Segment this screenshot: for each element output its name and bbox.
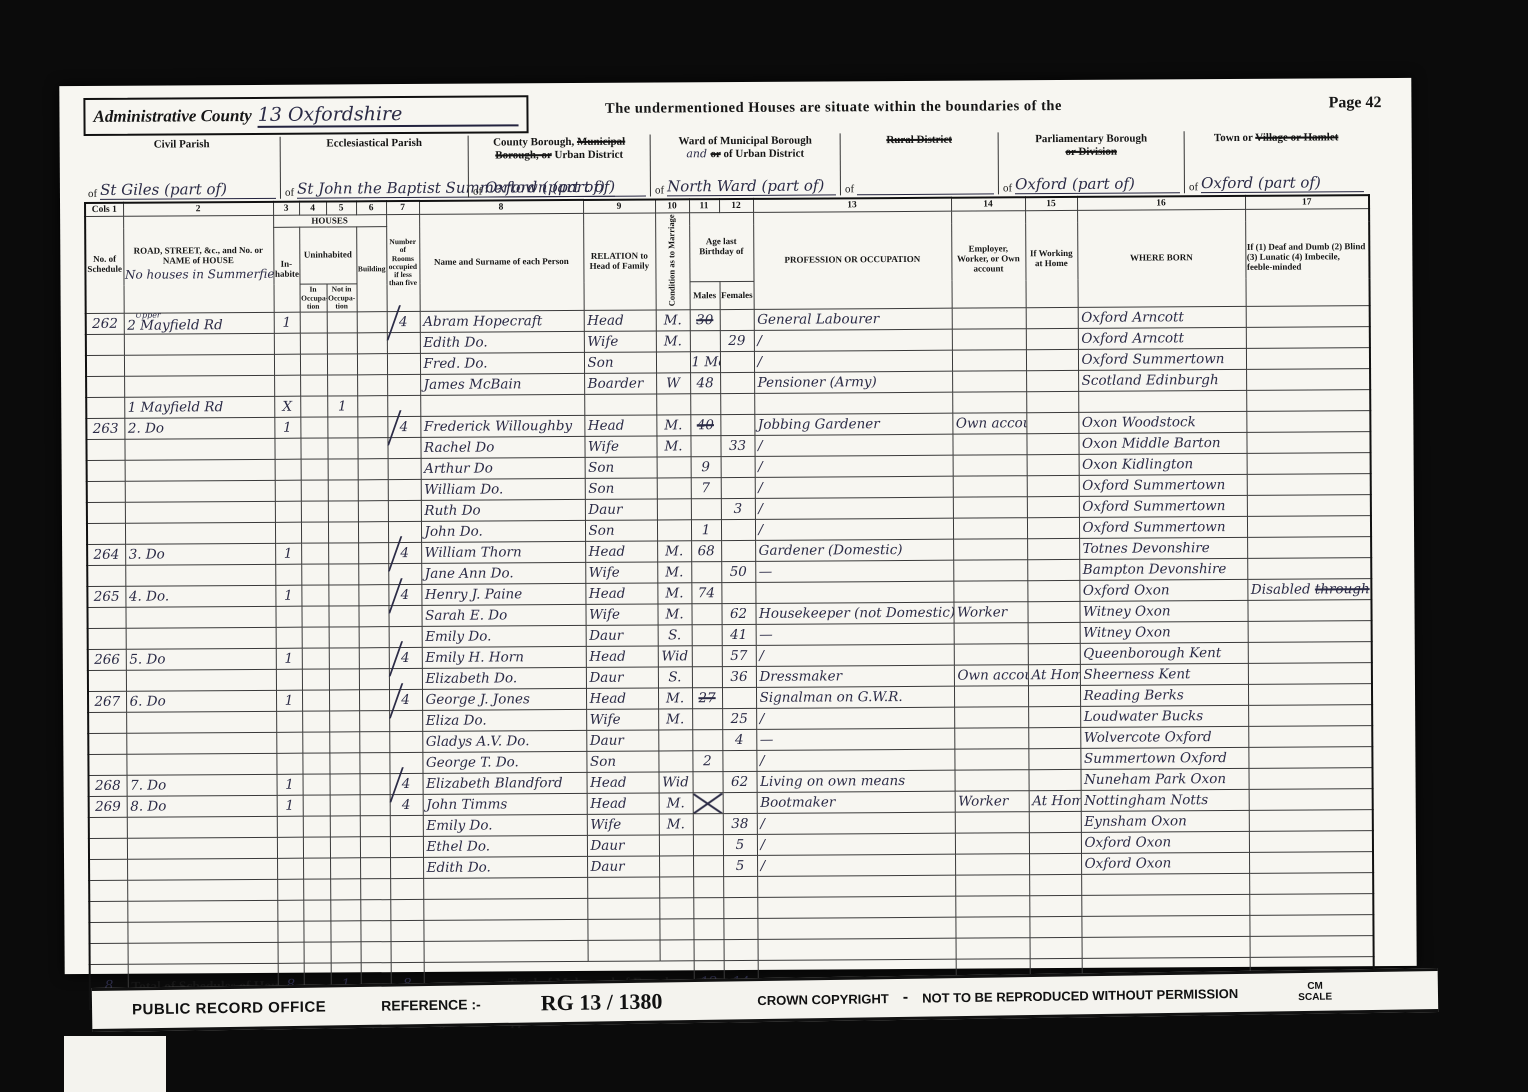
uninhabited-not-in-occupation [330, 816, 360, 837]
condition: M. [658, 709, 692, 730]
working-at-home [1028, 623, 1080, 644]
road-name [126, 733, 276, 755]
age-male [693, 793, 723, 814]
inhabited [278, 942, 304, 963]
column-number: 15 [1025, 197, 1077, 210]
employer-worker [952, 350, 1026, 371]
column-number: 9 [583, 200, 655, 213]
profession: Housekeeper (not Domestic) [755, 602, 953, 624]
rooms [390, 921, 423, 942]
age-male [690, 331, 720, 352]
building [358, 501, 388, 522]
inhabited: 1 [276, 690, 302, 711]
profession: / [757, 854, 955, 876]
inhabited: 1 [274, 312, 300, 333]
uninhabited-in-occupation [303, 795, 330, 816]
uninhabited-in-occupation [301, 459, 328, 480]
age-female: 3 [721, 499, 755, 520]
where-born: Oxford Summertown [1078, 349, 1246, 371]
infirmity [1247, 453, 1371, 475]
rooms: ╱4 [388, 585, 421, 606]
inhabited [275, 501, 301, 522]
where-born: Wolvercote Oxford [1080, 727, 1248, 749]
profession: Pensioner (Army) [754, 371, 952, 393]
column-number: 3 [273, 202, 299, 215]
header-uninhabited: Uninhabited [299, 227, 356, 284]
pro-reference-number: RG 13 / 1380 [541, 989, 663, 1017]
uninhabited-not-in-occupation [330, 879, 360, 900]
person-name: William Do. [421, 479, 585, 501]
person-name: Sarah E. Do [421, 605, 585, 627]
uninhabited-in-occupation [301, 501, 328, 522]
uninhabited-in-occupation [302, 648, 329, 669]
uninhabited-not-in-occupation [327, 333, 357, 354]
building [358, 564, 388, 585]
relation: Daur [586, 730, 658, 751]
age-female: 36 [722, 667, 756, 688]
age-male [694, 940, 724, 961]
building [359, 648, 389, 669]
person-name [423, 899, 587, 921]
working-at-home [1028, 728, 1080, 749]
age-female: 5 [723, 835, 757, 856]
person-name: Eliza Do. [422, 710, 586, 732]
working-at-home [1029, 854, 1081, 875]
uninhabited-in-occupation [303, 921, 330, 942]
profession: / [756, 707, 954, 729]
relation: Daur [586, 667, 658, 688]
schedule-number [90, 943, 128, 964]
profession [757, 917, 955, 939]
age-male [693, 898, 723, 919]
road-name: Upper2 Mayfield Rd [124, 313, 274, 335]
infirmity [1249, 915, 1373, 937]
inhabited [277, 837, 303, 858]
condition: W [656, 373, 690, 394]
uninhabited-in-occupation [301, 522, 328, 543]
profession: Gardener (Domestic) [755, 539, 953, 561]
infirmity [1246, 327, 1370, 349]
where-born: Oxford Summertown [1079, 517, 1247, 539]
inhabited [276, 627, 302, 648]
working-at-home [1028, 707, 1080, 728]
rooms: ╱4 [387, 417, 420, 438]
age-female: 29 [720, 331, 754, 352]
building [359, 627, 389, 648]
schedule-number [89, 901, 127, 922]
relation: Daur [586, 625, 658, 646]
age-female: 50 [721, 562, 755, 583]
working-at-home [1029, 812, 1081, 833]
uninhabited-not-in-occupation [328, 522, 358, 543]
employer-worker [954, 749, 1028, 770]
working-at-home: At Home [1028, 665, 1080, 686]
rooms: ╱4 [387, 312, 420, 333]
rooms [388, 501, 421, 522]
building [360, 921, 390, 942]
inhabited: X [274, 396, 300, 417]
condition: Wid [658, 646, 692, 667]
inhabited [277, 921, 303, 942]
road-name: 7. Do [127, 775, 277, 797]
age-male: 74 [691, 583, 721, 604]
schedule-number [89, 859, 127, 880]
uninhabited-in-occupation [302, 627, 329, 648]
road-name [124, 334, 274, 356]
building [357, 438, 387, 459]
age-male [692, 667, 722, 688]
building [357, 417, 387, 438]
profession: / [754, 350, 952, 372]
header-not-in-occupation: Not in Occupa-tion [327, 284, 357, 312]
age-male: 48 [690, 373, 720, 394]
person-name [423, 920, 587, 942]
column-number: 13 [753, 198, 951, 212]
uninhabited-in-occupation [302, 690, 329, 711]
infirmity [1247, 558, 1371, 580]
uninhabited-in-occupation [303, 858, 330, 879]
age-male [690, 394, 720, 415]
relation [587, 877, 659, 898]
header-in-occupation: In Occupa-tion [300, 284, 327, 312]
infirmity [1248, 768, 1372, 790]
inhabited [276, 732, 302, 753]
employer-worker [955, 917, 1029, 938]
schedule-number: 268 [89, 775, 127, 796]
employer-worker [954, 686, 1028, 707]
relation: Wife [584, 436, 656, 457]
inhabited [274, 375, 300, 396]
profession: — [756, 728, 954, 750]
where-born: Oxford Oxon [1081, 832, 1249, 854]
condition [658, 751, 692, 772]
column-number: 17 [1245, 195, 1369, 209]
infirmity [1248, 684, 1372, 706]
where-born [1082, 937, 1250, 959]
condition: M. [657, 583, 691, 604]
employer-worker [952, 308, 1026, 329]
relation: Head [586, 646, 658, 667]
header-building: Building [356, 227, 387, 312]
building [360, 879, 390, 900]
uninhabited-in-occupation [300, 375, 327, 396]
rooms: ╱4 [389, 690, 422, 711]
road-name: 4. Do. [125, 586, 275, 608]
relation [587, 898, 659, 919]
building [357, 396, 387, 417]
rooms [389, 732, 422, 753]
profession: / [756, 644, 954, 666]
age-female: 62 [721, 604, 755, 625]
employer-worker [953, 497, 1027, 518]
relation: Son [585, 520, 657, 541]
working-at-home [1028, 686, 1080, 707]
uninhabited-in-occupation [300, 396, 327, 417]
age-male [691, 499, 721, 520]
uninhabited-not-in-occupation [328, 480, 358, 501]
column-number: 14 [951, 197, 1025, 210]
parish-box-county-borough: County Borough, MunicipalBorough, or Urb… [468, 135, 650, 198]
where-born [1081, 916, 1249, 938]
working-at-home [1028, 644, 1080, 665]
parish-box-town: Town or Village or HamletofOxford (part … [1184, 130, 1368, 193]
uninhabited-in-occupation [303, 879, 330, 900]
column-number: 10 [655, 199, 689, 212]
condition: M. [658, 688, 692, 709]
relation: Wife [587, 814, 659, 835]
uninhabited-in-occupation [303, 774, 330, 795]
working-at-home [1026, 371, 1078, 392]
administrative-county-value: 13 Oxfordshire [258, 102, 519, 128]
inhabited: 1 [277, 795, 303, 816]
header-name: Name and Surname of each Person [419, 213, 584, 312]
uninhabited-not-in-occupation [328, 564, 358, 585]
parish-box-ward: Ward of Municipal Boroughand or of Urban… [650, 133, 840, 196]
person-name [424, 941, 588, 963]
relation: Son [585, 478, 657, 499]
relation: Head [586, 688, 658, 709]
infirmity [1246, 369, 1370, 391]
road-name [127, 922, 277, 944]
rooms [388, 480, 421, 501]
scan-artifact-patch [64, 1036, 166, 1092]
road-header-annotation: No houses in Summerfield Rd [125, 268, 272, 282]
uninhabited-in-occupation [301, 606, 328, 627]
header-road: ROAD, STREET, &c., and No. or NAME of HO… [123, 215, 274, 314]
uninhabited-not-in-occupation [330, 795, 360, 816]
age-male: 9 [691, 457, 721, 478]
age-male: 40 [690, 415, 720, 436]
where-born: Nottingham Notts [1081, 790, 1249, 812]
relation: Wife [585, 562, 657, 583]
age-male [692, 709, 722, 730]
profession: / [755, 497, 953, 519]
employer-worker [956, 938, 1030, 959]
uninhabited-not-in-occupation [328, 459, 358, 480]
schedule-number: 263 [86, 418, 124, 439]
age-female [721, 583, 755, 604]
relation [588, 940, 660, 961]
uninhabited-in-occupation [304, 942, 331, 963]
age-female: 62 [723, 772, 757, 793]
profession: / [754, 329, 952, 351]
header-condition: Condition as to Marriage [655, 212, 690, 310]
age-male [692, 625, 722, 646]
person-name: James McBain [420, 374, 584, 396]
infirmity [1249, 789, 1373, 811]
rooms [388, 459, 421, 480]
employer-worker [955, 812, 1029, 833]
road-name [127, 838, 277, 860]
rooms: ╱4 [388, 543, 421, 564]
header-profession: PROFESSION OR OCCUPATION [753, 211, 952, 310]
road-name [124, 376, 274, 398]
infirmity [1248, 705, 1372, 727]
where-born: Oxon Kidlington [1079, 454, 1247, 476]
road-name [124, 439, 274, 461]
inhabited [277, 816, 303, 837]
condition [659, 835, 693, 856]
condition [659, 919, 693, 940]
relation: Wife [585, 604, 657, 625]
person-name: Abram Hopecraft [420, 311, 584, 333]
inhabited [275, 606, 301, 627]
employer-worker [952, 392, 1026, 413]
working-at-home [1029, 896, 1081, 917]
profession: / [756, 749, 954, 771]
condition [657, 499, 691, 520]
rooms [390, 879, 423, 900]
inhabited: 1 [277, 774, 303, 795]
road-name: 8. Do [127, 796, 277, 818]
inhabited [276, 753, 302, 774]
rooms [391, 942, 424, 963]
header-rooms: Number of Rooms occupied if less than fi… [386, 214, 420, 312]
age-female: 25 [722, 709, 756, 730]
schedule-number: 269 [89, 796, 127, 817]
schedule-number [87, 460, 125, 481]
condition: M. [657, 604, 691, 625]
relation: Wife [584, 331, 656, 352]
infirmity [1246, 432, 1370, 454]
road-name: 2. Do [124, 418, 274, 440]
working-at-home [1027, 518, 1079, 539]
rooms [390, 858, 423, 879]
building [357, 312, 387, 333]
parish-box-parliamentary-borough: Parliamentary Boroughor DivisionofOxford… [998, 131, 1184, 194]
inhabited [275, 564, 301, 585]
road-name [126, 754, 276, 776]
uninhabited-in-occupation [300, 333, 327, 354]
age-male [691, 562, 721, 583]
age-female: 5 [723, 856, 757, 877]
uninhabited-not-in-occupation [329, 648, 359, 669]
age-male [693, 772, 723, 793]
age-male [691, 604, 721, 625]
working-at-home [1029, 917, 1081, 938]
pro-reference-label: REFERENCE :- [381, 996, 481, 1013]
infirmity [1249, 810, 1373, 832]
inhabited: 1 [275, 543, 301, 564]
age-male: 27 [692, 688, 722, 709]
road-name [126, 712, 276, 734]
road-name [125, 481, 275, 503]
inhabited [277, 879, 303, 900]
working-at-home [1026, 350, 1078, 371]
profession [755, 581, 953, 603]
condition: M. [656, 331, 690, 352]
column-number: 12 [719, 199, 753, 212]
infirmity: Disabled through fall [1247, 579, 1371, 601]
working-at-home: At Home [1029, 791, 1081, 812]
uninhabited-in-occupation [302, 732, 329, 753]
condition: S. [658, 625, 692, 646]
parish-box-rural-district: Rural Districtof [840, 132, 998, 195]
infirmity [1247, 600, 1371, 622]
age-male [690, 436, 720, 457]
employer-worker: Own account [952, 413, 1026, 434]
infirmity [1246, 411, 1370, 433]
where-born: Oxon Woodstock [1078, 412, 1246, 434]
employer-worker [953, 539, 1027, 560]
working-at-home [1029, 875, 1081, 896]
person-name: John Timms [423, 794, 587, 816]
where-born: Witney Oxon [1080, 622, 1248, 644]
uninhabited-not-in-occupation [330, 774, 360, 795]
profession: / [757, 833, 955, 855]
column-number: 11 [689, 199, 719, 212]
infirmity [1247, 516, 1371, 538]
infirmity [1249, 831, 1373, 853]
building [360, 858, 390, 879]
condition [659, 856, 693, 877]
administrative-county-box: Administrative County 13 Oxfordshire [83, 95, 528, 136]
age-male: 1 [691, 520, 721, 541]
road-name [127, 817, 277, 839]
building [361, 942, 391, 963]
road-name [125, 502, 275, 524]
header-age: Age last Birthday of [689, 212, 753, 282]
building [358, 606, 388, 627]
working-at-home [1027, 560, 1079, 581]
working-at-home [1026, 308, 1078, 329]
person-name: George T. Do. [422, 752, 586, 774]
infirmity [1248, 726, 1372, 748]
building [360, 900, 390, 921]
relation: Head [585, 541, 657, 562]
where-born: Oxford Oxon [1079, 580, 1247, 602]
uninhabited-not-in-occupation [331, 942, 361, 963]
header-relation: RELATION to Head of Family [583, 213, 656, 311]
age-female [723, 919, 757, 940]
condition: M. [657, 541, 691, 562]
working-at-home [1027, 581, 1079, 602]
person-name: Jane Ann Do. [421, 563, 585, 585]
person-name: Elizabeth Do. [422, 668, 586, 690]
where-born: Sheerness Kent [1080, 664, 1248, 686]
infirmity [1247, 537, 1371, 559]
schedule-number [88, 712, 126, 733]
where-born: Scotland Edinburgh [1078, 370, 1246, 392]
where-born: Queenborough Kent [1080, 643, 1248, 665]
person-name [420, 395, 584, 417]
column-number: 2 [123, 202, 273, 216]
column-number: Cols 1 [85, 203, 123, 216]
age-female [720, 415, 754, 436]
profession: Jobbing Gardener [754, 413, 952, 435]
age-male [693, 835, 723, 856]
employer-worker [954, 623, 1028, 644]
schedule-number [88, 628, 126, 649]
age-male [692, 730, 722, 751]
person-name: Rachel Do [420, 437, 584, 459]
header-schedule: No. of Schedule [85, 216, 124, 314]
parish-header-row: Civil ParishofSt Giles (part of)Ecclesia… [84, 130, 1392, 200]
road-name: 3. Do [125, 544, 275, 566]
inhabited: 1 [275, 585, 301, 606]
road-name [125, 523, 275, 545]
where-born: Witney Oxon [1079, 601, 1247, 623]
road-name [125, 460, 275, 482]
column-number: 4 [299, 202, 326, 215]
schedule-number [87, 565, 125, 586]
inhabited [275, 459, 301, 480]
rooms: ╱4 [390, 774, 423, 795]
profession: General Labourer [754, 308, 952, 330]
column-number: 6 [356, 201, 386, 214]
profession: — [756, 623, 954, 645]
employer-worker [954, 707, 1028, 728]
